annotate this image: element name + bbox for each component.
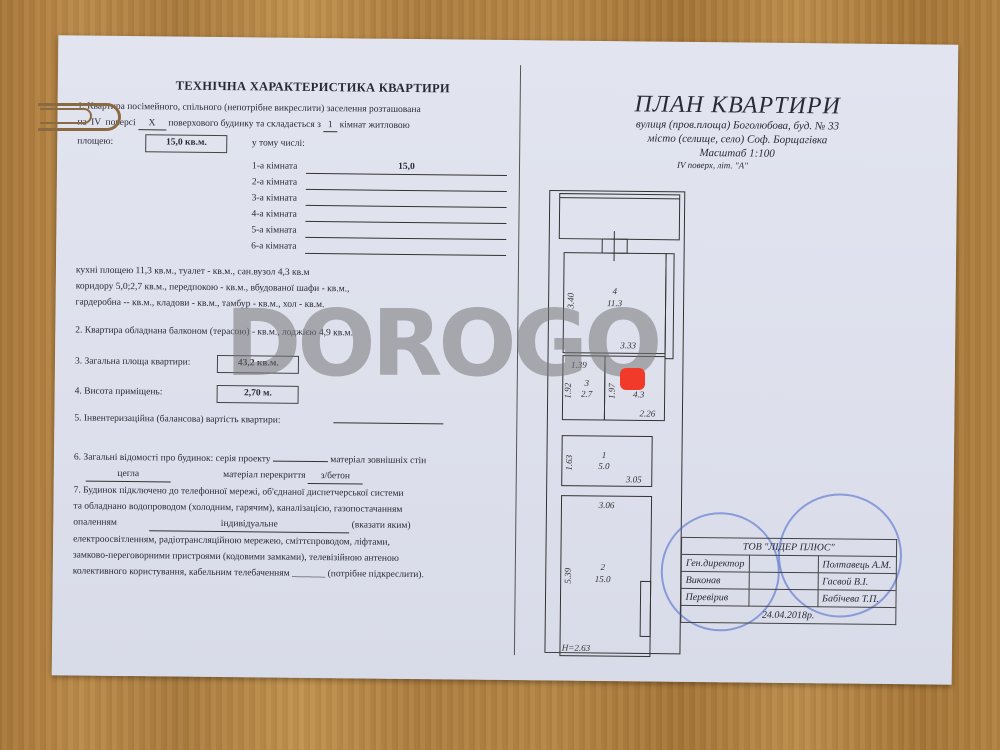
apartment-plan-section: ПЛАН КВАРТИРИ вулиця (пров.площа) Боголю… <box>527 60 948 174</box>
heating-value: індивідуальне <box>149 518 349 533</box>
total-floors-value: X <box>138 118 166 131</box>
room-label: 2-а кімната <box>252 178 300 190</box>
living-area-line: площею: 15,0 кв.м. у тому числі: <box>77 134 507 156</box>
section-title: ТЕХНІЧНА ХАРАКТЕРИСТИКА КВАРТИРИ <box>118 78 508 98</box>
room-label: 3-а кімната <box>252 194 300 206</box>
inventory-value-label: 5. Інвентеризаційна (балансова) вартість… <box>74 413 280 425</box>
s7-line4: електроосвітленням, радіотрансляційною м… <box>73 534 503 550</box>
svg-text:1.63: 1.63 <box>564 454 574 470</box>
approval-stamp-table: ТОВ "ЛІДЕР ПЛЮС" Ген.директорПолтавець А… <box>680 537 896 625</box>
heating-label: опаленням <box>73 517 117 527</box>
s7-line1: 7. Будинок підключено до телефонної мере… <box>74 486 504 502</box>
floor-material-value: з/бетон <box>308 471 363 484</box>
s7-line6: колективного користування, кабельним тел… <box>73 566 503 582</box>
signature-cell <box>748 589 817 607</box>
svg-text:Н=2.63: Н=2.63 <box>561 643 591 653</box>
red-marker <box>620 368 645 390</box>
s1-end: кімнат житловою <box>340 120 410 131</box>
signature-cell <box>749 572 818 590</box>
svg-text:2: 2 <box>601 562 606 572</box>
walls-value: цегла <box>86 469 171 483</box>
rooms-list: 1-а кімната15,02-а кімната3-а кімната4-а… <box>251 158 507 257</box>
stamp-role: Перевірив <box>681 588 749 606</box>
stamp-name: Полтавець А.М. <box>818 556 896 574</box>
heating-note: (вказати яким) <box>352 520 411 531</box>
room-label: 4-а кімната <box>251 210 299 222</box>
living-area-label: площею: <box>77 137 113 147</box>
watermark-logo: DOROGO <box>225 290 658 397</box>
s1-line1: 1. Квартира посімейного, спільного (непо… <box>78 101 508 117</box>
svg-text:1: 1 <box>602 450 607 460</box>
room-label: 5-а кімната <box>251 226 299 238</box>
s7-heating-line: опаленням індивідуальне (вказати яким) <box>73 517 503 534</box>
stamp-date: 24.04.2018р. <box>681 605 896 624</box>
svg-text:5.0: 5.0 <box>598 461 610 471</box>
s7-line2: та обладнано водопроводом (холодним, гар… <box>73 501 503 517</box>
svg-text:3.05: 3.05 <box>625 474 642 484</box>
svg-text:2.26: 2.26 <box>640 408 656 418</box>
living-area-value: 15,0 кв.м. <box>145 135 227 154</box>
svg-text:3.06: 3.06 <box>598 500 615 510</box>
height-label: 4. Висота приміщень: <box>75 386 215 399</box>
rooms-count: 1 <box>323 120 337 133</box>
paperclip-inner <box>40 108 92 124</box>
project-series-blank <box>273 461 328 463</box>
stamp-role: Виконав <box>681 571 749 589</box>
stamp-name: Бабічева Т.П. <box>817 590 895 608</box>
including-label: у тому числі: <box>252 139 305 150</box>
floor-material-label: матеріал перекриття <box>223 470 305 481</box>
total-area-label: 3. Загальна площа квартири: <box>75 356 215 369</box>
s6-label: 6. Загальні відомості про будинок: серія… <box>74 453 271 465</box>
stamp-role: Ген.директор <box>681 554 749 572</box>
room-row: 3-а кімната <box>252 190 507 209</box>
room-label: 1-а кімната <box>252 162 300 174</box>
svg-text:5.39: 5.39 <box>563 567 573 583</box>
s7-line5: замково-переговорними пристроями (кодови… <box>73 550 503 566</box>
room-row: 4-а кімната <box>251 206 506 225</box>
room-label: 6-а кімната <box>251 242 299 254</box>
s1-mid: поверхового будинку та складається з <box>168 118 321 130</box>
room-value: 15,0 <box>306 161 507 176</box>
room-row: 5-а кімната <box>251 222 506 241</box>
inventory-value-blank <box>333 422 443 424</box>
room-row: 2-а кімната <box>252 174 507 193</box>
s1-line2: на IV поверсі X поверхового будинку та с… <box>77 117 507 134</box>
room-row: 1-а кімната15,0 <box>252 158 507 177</box>
walls-label: матеріал зовнішніх стін <box>330 456 426 467</box>
floor-line: IV поверх, літ. "А" <box>677 160 947 174</box>
signature-cell <box>749 555 818 573</box>
s6-line2: цегла матеріал перекриття з/бетон <box>74 469 504 486</box>
room-row: 6-а кімната <box>251 238 506 257</box>
stamp-name: Гасвой В.І. <box>818 573 896 591</box>
svg-text:15.0: 15.0 <box>595 574 611 584</box>
